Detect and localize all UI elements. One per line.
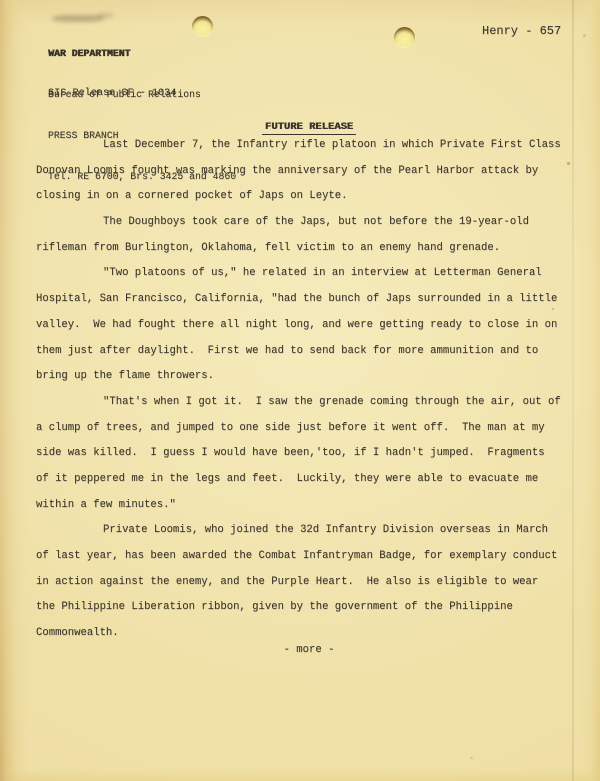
punch-hole-right xyxy=(394,27,415,48)
body-line: Private Loomis, who joined the 32d Infan… xyxy=(36,518,576,544)
body-line: The Doughboys took care of the Japs, but… xyxy=(36,210,576,236)
body-line: bring up the flame throwers. xyxy=(36,364,576,390)
document-body: Last December 7, the Infantry rifle plat… xyxy=(36,133,576,647)
scanned-press-release-page: WAR DEPARTMENT Bureau of Public Relation… xyxy=(0,0,600,781)
body-line: Hospital, San Francisco, California, "ha… xyxy=(36,287,576,313)
body-line: of last year, has been awarded the Comba… xyxy=(36,544,576,570)
body-line: side was killed. I guess I would have be… xyxy=(36,441,576,467)
body-line: of it peppered me in the legs and feet. … xyxy=(36,467,576,493)
more-continuation-mark: - more - xyxy=(36,644,582,656)
body-line: closing in on a cornered pocket of Japs … xyxy=(36,184,576,210)
letterhead-department: WAR DEPARTMENT xyxy=(48,47,236,61)
reference-number: Henry - 657 xyxy=(482,24,561,38)
body-line: in action against the enemy, and the Pur… xyxy=(36,570,576,596)
body-line: within a few minutes." xyxy=(36,493,576,519)
body-line: them just after daylight. First we had t… xyxy=(36,339,576,365)
paper-speck xyxy=(470,757,473,759)
body-line: the Philippine Liberation ribbon, given … xyxy=(36,595,576,621)
body-line: "Two platoons of us," he related in an i… xyxy=(36,261,576,287)
body-line: "That's when I got it. I saw the grenade… xyxy=(36,390,576,416)
body-line: Donovan Loomis fought was marking the an… xyxy=(36,159,576,185)
release-number: SIS Release SF - 1034 xyxy=(48,88,176,99)
body-line: valley. We had fought there all night lo… xyxy=(36,313,576,339)
body-line: Last December 7, the Infantry rifle plat… xyxy=(36,133,576,159)
pencil-smudge xyxy=(96,13,114,18)
body-line: Commonwealth. xyxy=(36,621,576,647)
body-line: rifleman from Burlington, Oklahoma, fell… xyxy=(36,236,576,262)
body-line: a clump of trees, and jumped to one side… xyxy=(36,416,576,442)
paper-speck xyxy=(583,34,586,37)
